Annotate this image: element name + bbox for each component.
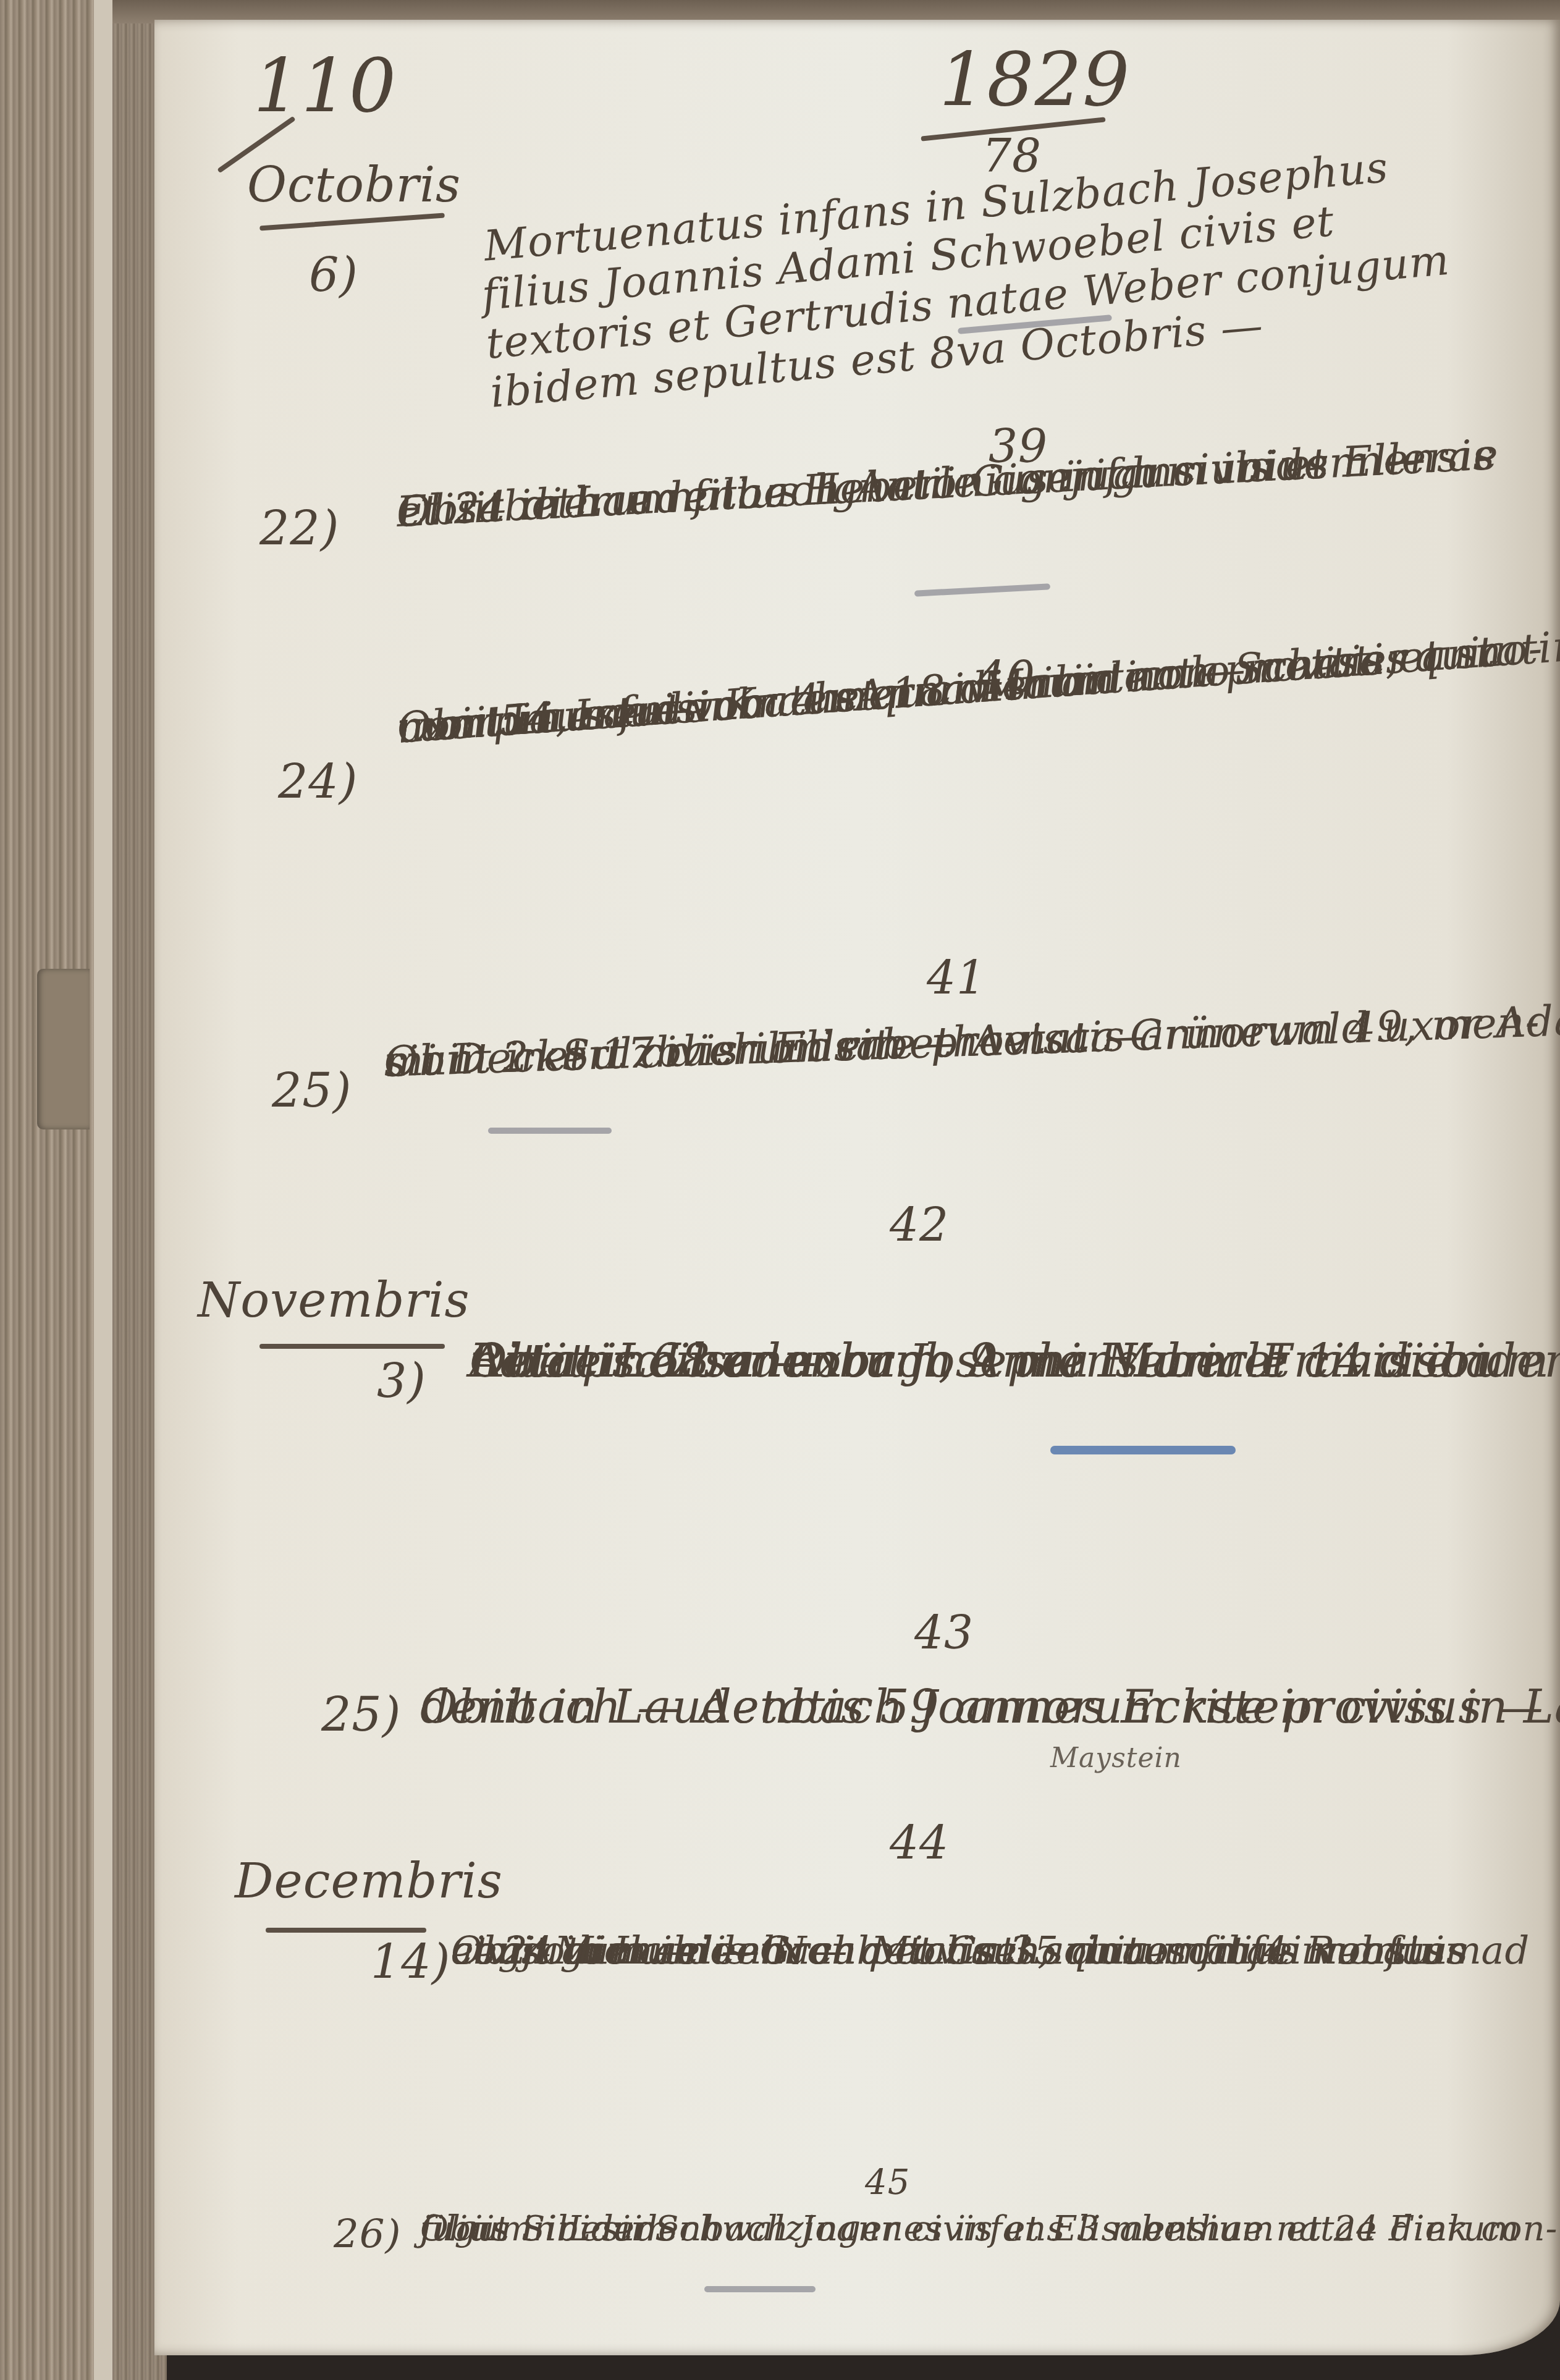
month-underline bbox=[259, 1344, 445, 1349]
pencil-underline bbox=[704, 2286, 816, 2292]
entry-day: 14) bbox=[371, 1934, 450, 1989]
page-edge-gap bbox=[94, 0, 112, 2380]
month-underline bbox=[266, 1928, 426, 1933]
month-heading-decembris: Decembris bbox=[235, 1854, 503, 1909]
interlinear-correction: Maystein bbox=[1050, 1742, 1182, 1774]
entry-day: 3) bbox=[377, 1353, 426, 1408]
month-heading-novembris: Novembris bbox=[198, 1273, 470, 1328]
page-number: 110 bbox=[253, 43, 397, 129]
entry-line: Rite provisa — bbox=[470, 1335, 817, 1388]
entry-line: jugum ibidem bbox=[420, 2209, 668, 2249]
thumb-index-tab bbox=[37, 969, 90, 1129]
entry-number: 43 bbox=[914, 1606, 974, 1660]
entry-line: denbach — Aetatis 59 annorum rite provis… bbox=[420, 1681, 1544, 1734]
blue-pencil-underline bbox=[1050, 1446, 1236, 1454]
entry-day: 22) bbox=[259, 500, 339, 555]
month-heading-octobris: Octobris bbox=[247, 158, 461, 213]
entry-day: 24) bbox=[278, 754, 358, 809]
entry-number: 45 bbox=[865, 2163, 910, 2203]
entry-line: aegrotum — bbox=[451, 1928, 696, 1973]
entry-day: 6) bbox=[309, 247, 358, 302]
entry-day: 25) bbox=[321, 1687, 401, 1742]
entry-day: 26) bbox=[334, 2212, 401, 2258]
year-heading: 1829 bbox=[939, 37, 1130, 123]
entry-number: 44 bbox=[890, 1817, 949, 1870]
entry-number: 42 bbox=[890, 1199, 949, 1252]
pencil-underline bbox=[488, 1128, 612, 1134]
entry-day: 25) bbox=[272, 1063, 352, 1118]
entry-number: 41 bbox=[927, 952, 986, 1005]
